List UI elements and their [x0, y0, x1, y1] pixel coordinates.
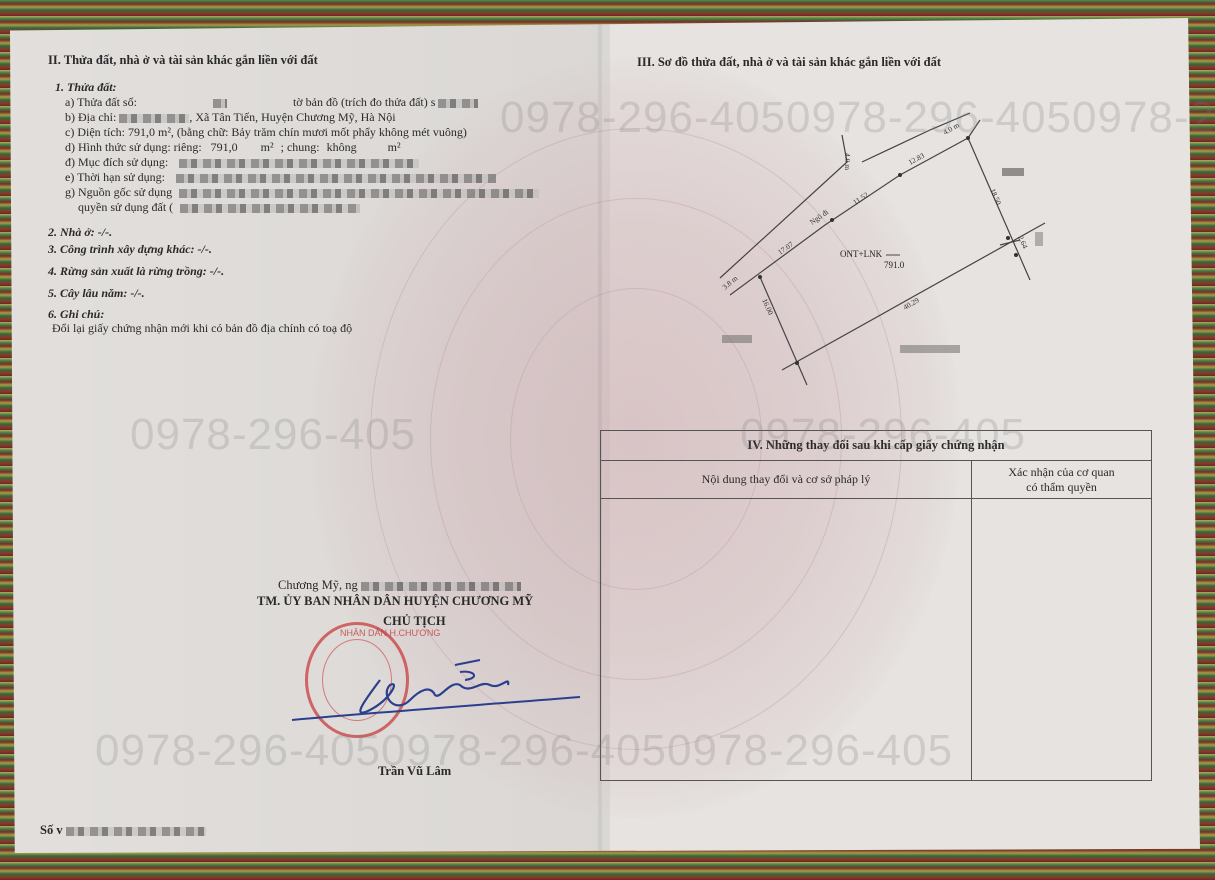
- item-2: 2. Nhà ở: -/-.: [48, 225, 112, 239]
- watermark-phone: 0978-296-405: [740, 410, 1026, 460]
- item-5: 5. Cây lâu năm: -/-.: [48, 286, 145, 300]
- section-2-title: II. Thửa đất, nhà ở và tài sản khác gắn …: [48, 53, 318, 67]
- item-3: 3. Công trình xây dựng khác: -/-.: [48, 242, 212, 256]
- redacted-address: [119, 114, 189, 123]
- issuing-authority: TM. ỦY BAN NHÂN DÂN HUYỆN CHƯƠNG MỸ: [257, 594, 533, 608]
- redacted-origin: [179, 189, 539, 198]
- land-use-code: ONT+LNK: [840, 249, 883, 259]
- col-header-confirmation: Xác nhận của cơ quan có thẩm quyền: [972, 461, 1152, 499]
- redacted-date: [361, 582, 521, 591]
- section-3-title: III. Sơ đồ thửa đất, nhà ở và tài sản kh…: [637, 55, 941, 69]
- redacted-map-sheet: [438, 99, 478, 108]
- origin-row: g) Nguồn gốc sử dụng: [65, 185, 539, 199]
- col-header-content: Nội dung thay đổi và cơ sở pháp lý: [601, 461, 972, 499]
- purpose-row: đ) Mục đích sử dụng:: [65, 155, 419, 169]
- signer-position: CHỦ TỊCH: [383, 614, 446, 628]
- redacted-term: [176, 174, 496, 183]
- area-row: c) Diện tích: 791,0 m², (bằng chữ: Bảy t…: [65, 125, 467, 139]
- item-1-title: 1. Thửa đất:: [55, 80, 117, 94]
- signing-place-date: Chương Mỹ, ng: [278, 578, 521, 592]
- changes-confirmation-cell: [972, 499, 1152, 781]
- item-4: 4. Rừng sản xuất là rừng trồng: -/-.: [48, 264, 224, 278]
- svg-text:40.29: 40.29: [902, 295, 921, 311]
- svg-text:16.00: 16.00: [760, 297, 775, 316]
- watermark-phone: 0978-296-4050978-296-4050978-296-405: [95, 726, 953, 776]
- svg-text:2.64: 2.64: [1016, 234, 1030, 250]
- watermark-phone: 0978-296-4050978-296-4050978-296-405: [610, 93, 1215, 143]
- plot-area: 791.0: [884, 260, 905, 270]
- svg-text:18.50: 18.50: [988, 187, 1003, 206]
- svg-text:4.0 m: 4.0 m: [843, 153, 852, 170]
- redacted-serial: [66, 827, 206, 836]
- note-text: Đổi lại giấy chứng nhận mới khi có bản đ…: [52, 321, 352, 335]
- svg-text:11.52: 11.52: [851, 190, 870, 207]
- svg-text:3.8 m: 3.8 m: [721, 274, 740, 292]
- usage-form-row: d) Hình thức sử dụng: riêng: 791,0 m² ; …: [65, 140, 401, 154]
- origin-row-2: quyền sử dụng đất (: [78, 200, 360, 214]
- serial-number: Số v: [40, 823, 206, 837]
- redacted-purpose: [179, 159, 419, 168]
- redacted-parcel-number: [213, 99, 227, 108]
- watermark-phone: 0978-296-405: [130, 410, 416, 460]
- address-row: b) Địa chỉ: , Xã Tân Tiến, Huyện Chương …: [65, 110, 396, 124]
- signature: [280, 640, 600, 730]
- svg-text:12.83: 12.83: [907, 151, 926, 167]
- item-6-title: 6. Ghi chú:: [48, 307, 104, 321]
- term-row: e) Thời hạn sử dụng:: [65, 170, 496, 184]
- stamp-text: NHÂN DÂN H.CHƯƠNG: [340, 628, 440, 638]
- redacted-origin-2: [180, 204, 360, 213]
- parcel-number-row: a) Thửa đất số: tờ bản đồ (trích đo thửa…: [65, 95, 478, 109]
